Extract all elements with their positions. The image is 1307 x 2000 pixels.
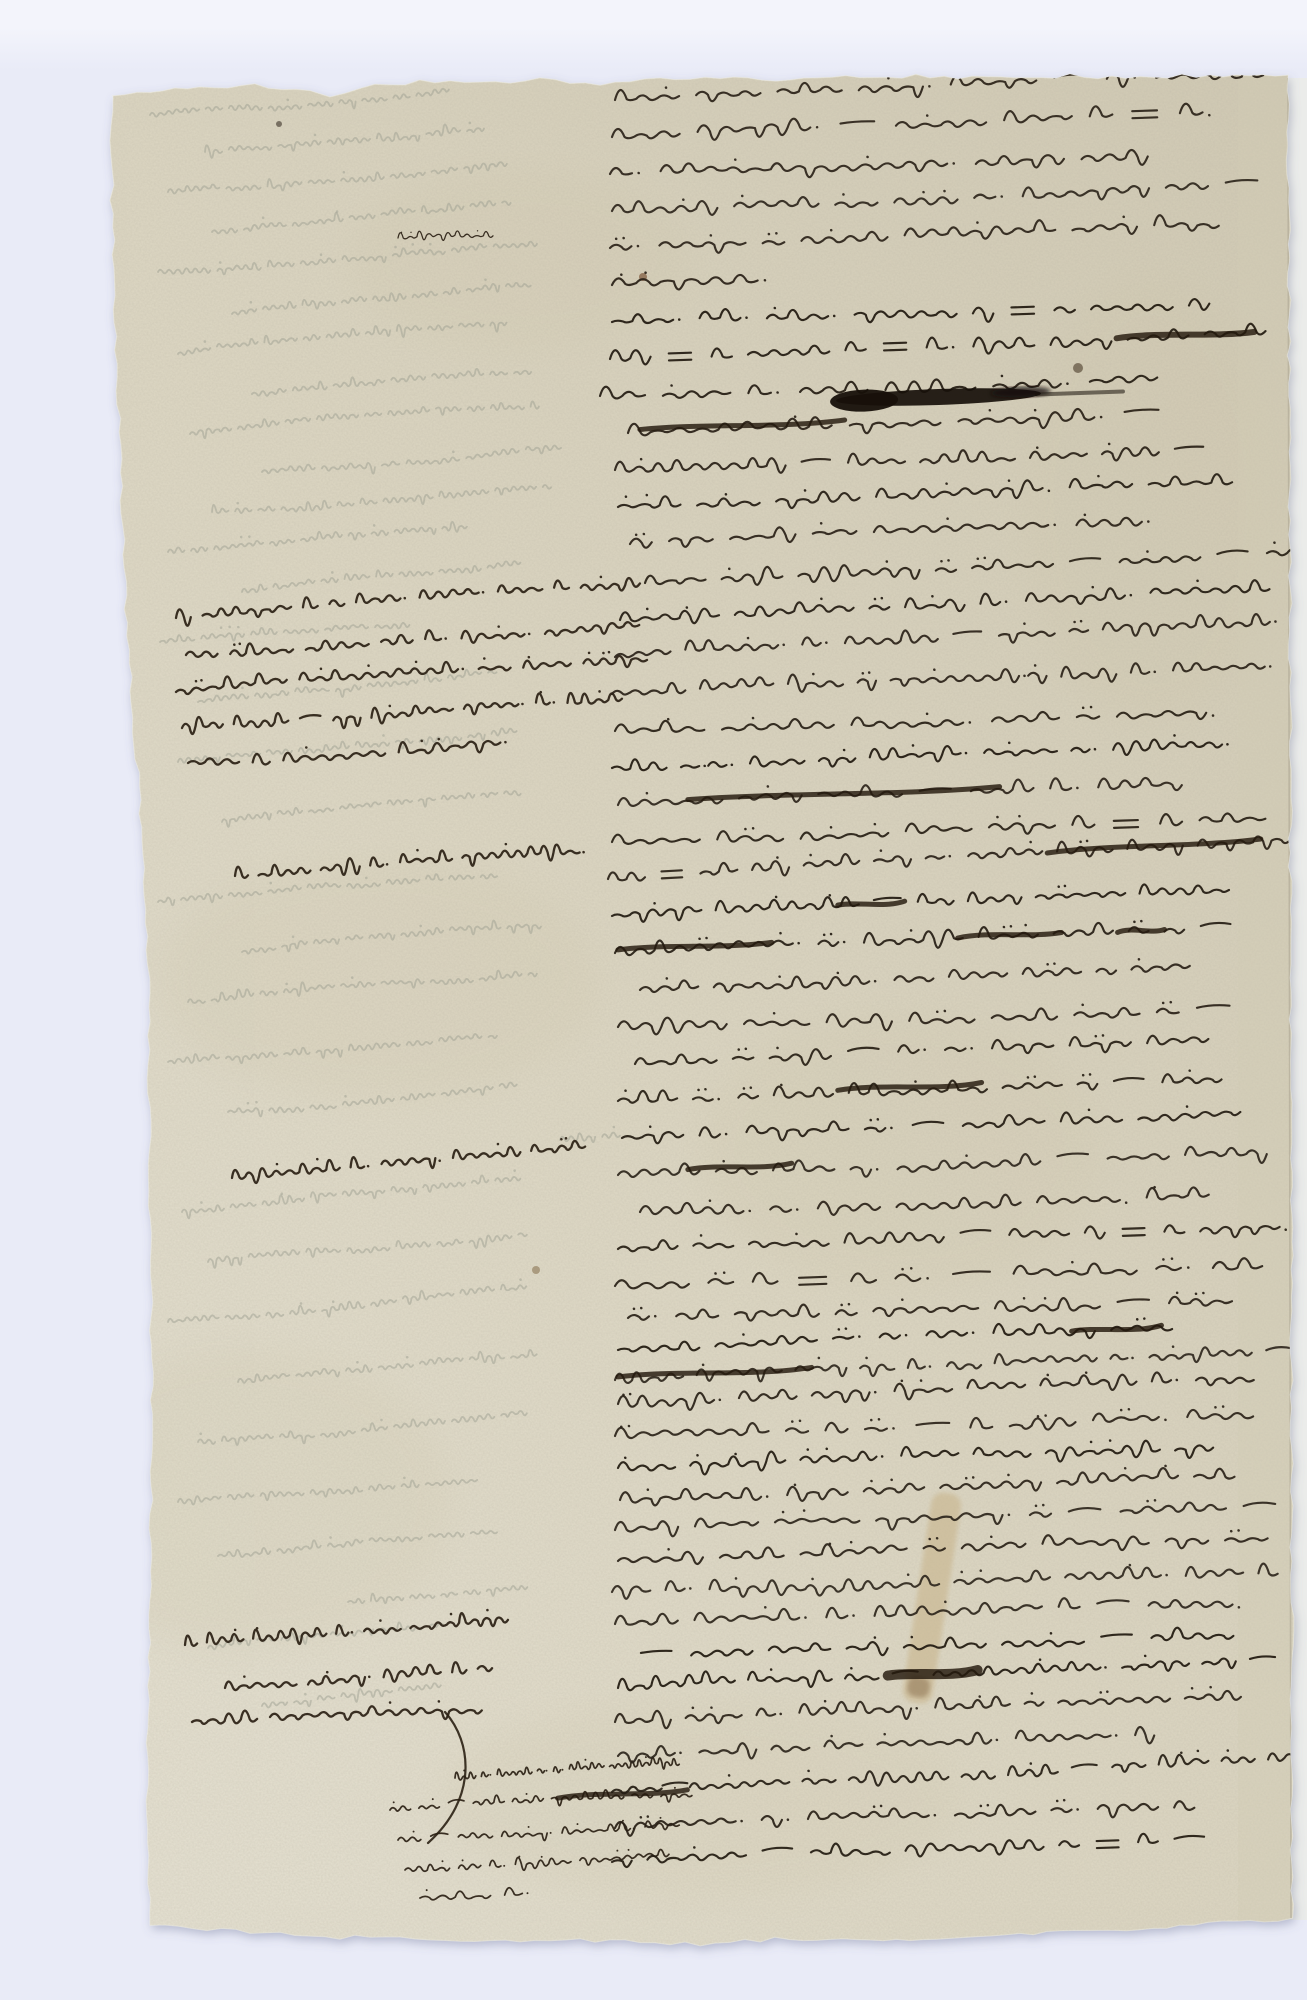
paper-speck: [532, 1266, 540, 1274]
paper-speck: [276, 121, 282, 127]
paper-sheet: [50, 62, 1307, 1950]
scan-viewport: Scanned page of a handwritten manuscript…: [0, 0, 1307, 2000]
strikethrough-mark: [1118, 929, 1165, 933]
paper-surface: [50, 62, 1307, 1950]
manuscript-svg: [0, 0, 1307, 2000]
paper-speck: [1073, 363, 1083, 373]
strikethrough-mark: [888, 1670, 978, 1676]
strikethrough-mark: [838, 901, 905, 906]
